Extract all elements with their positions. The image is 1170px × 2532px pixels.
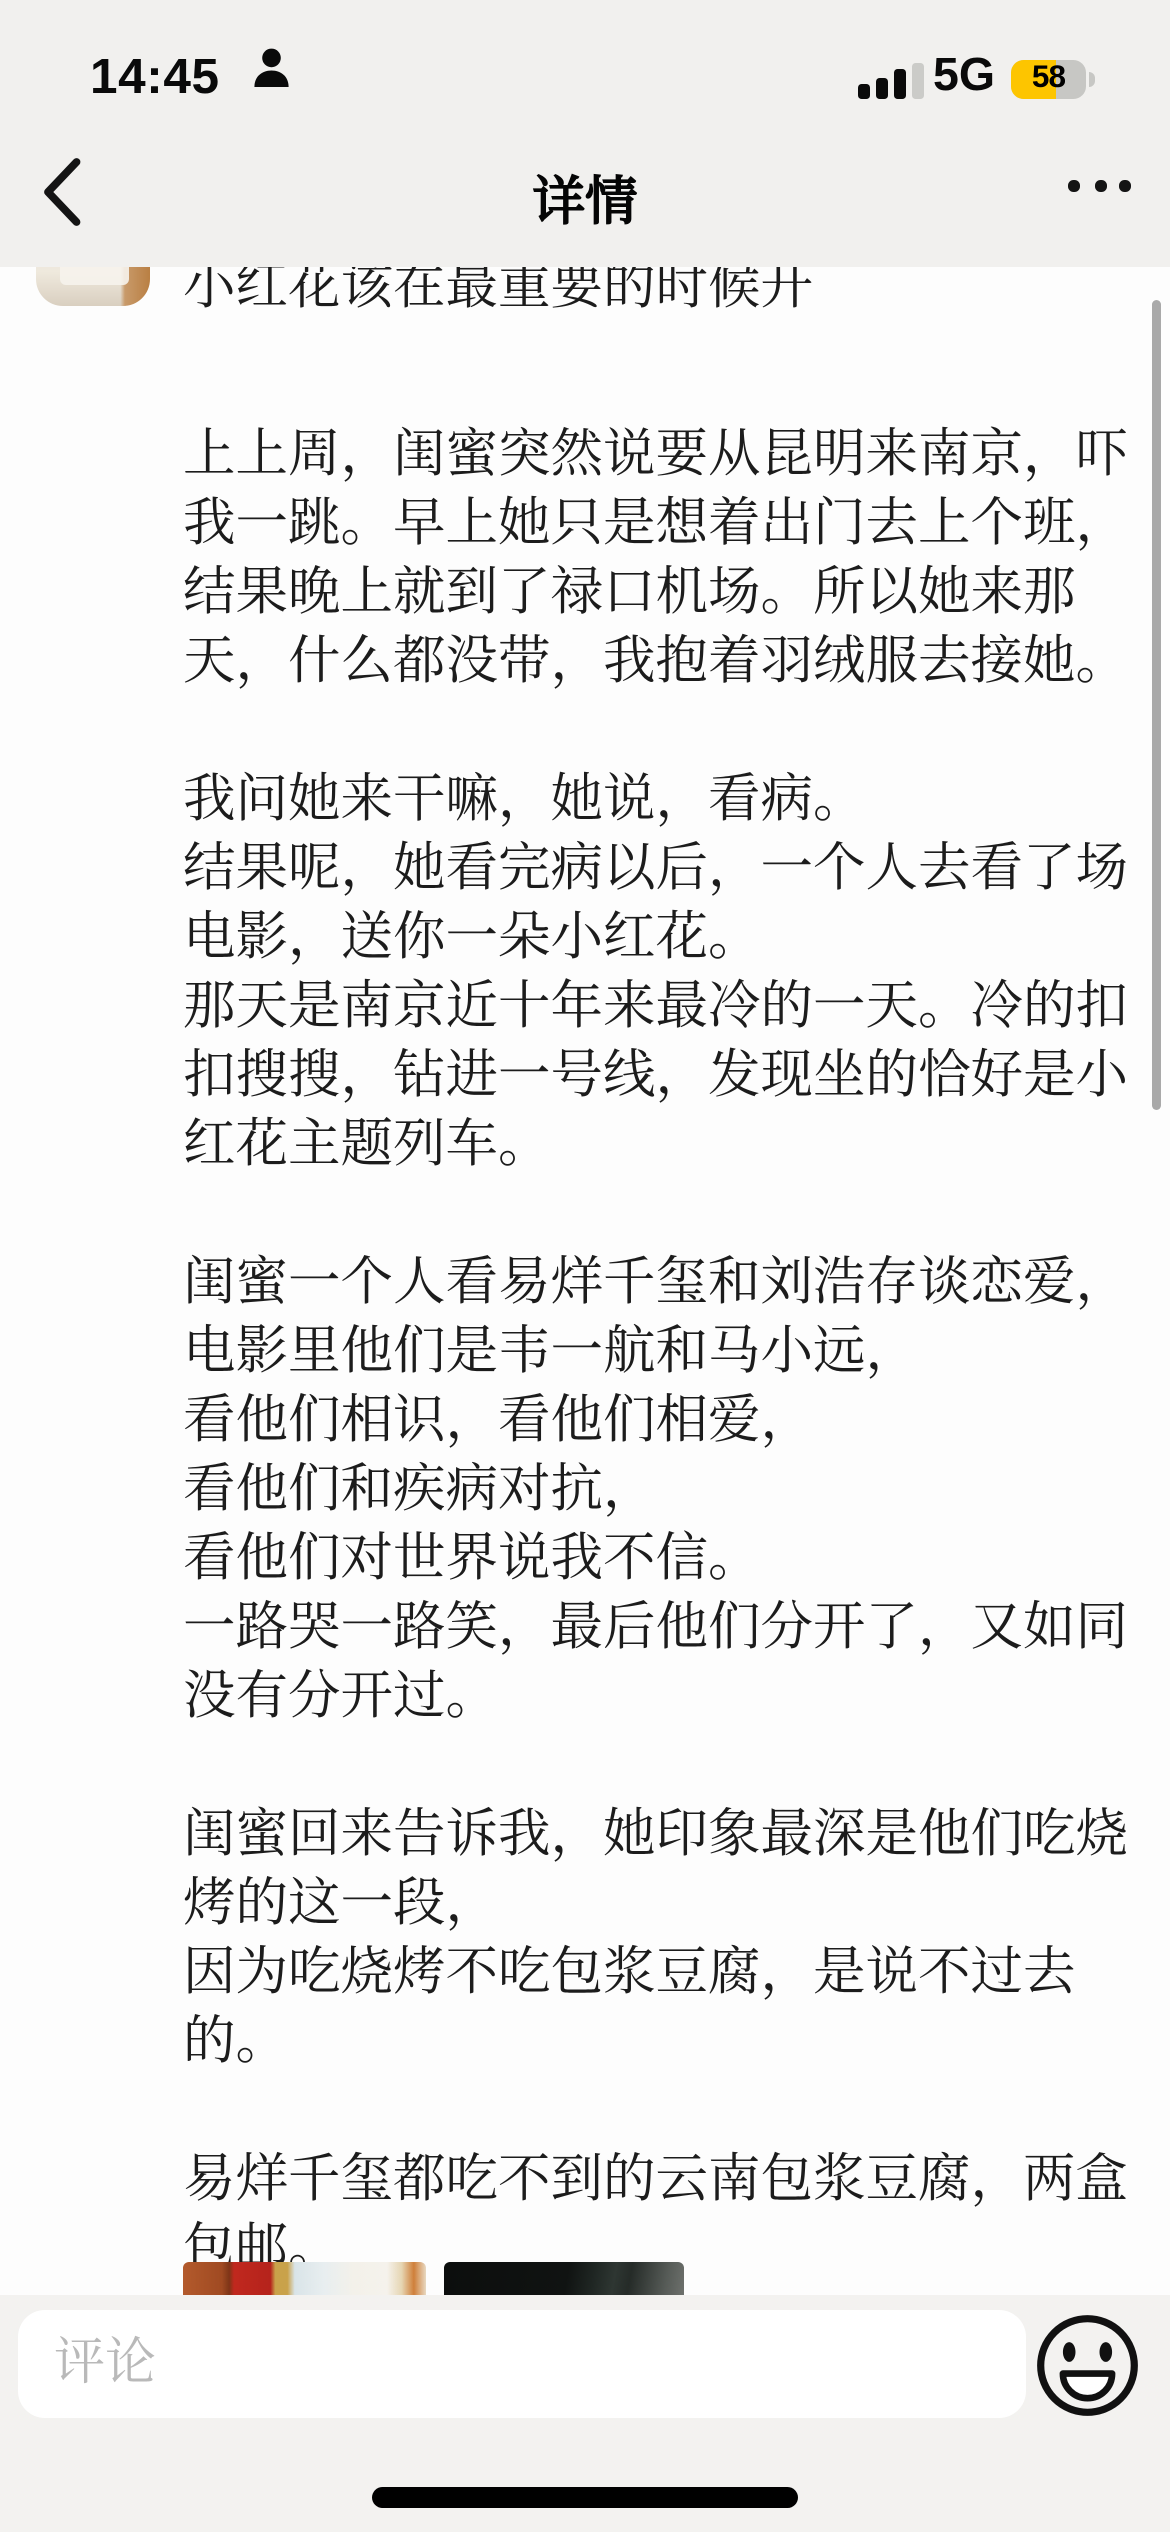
signal-bar (876, 77, 889, 100)
signal-bar (858, 84, 871, 99)
battery-indicator: 58 (1011, 59, 1086, 100)
battery-percent-label: 58 (1011, 59, 1086, 100)
person-icon (252, 48, 291, 87)
content-area: 小红花该在最重要的时候开 上上周，闺蜜突然说要从昆明来南京，吓 我一跳。早上她只… (0, 0, 1170, 2532)
ellipsis-icon (1120, 180, 1131, 191)
comment-input[interactable] (18, 2310, 1026, 2417)
ellipsis-icon (1094, 180, 1105, 191)
cellular-signal-icon (858, 62, 923, 100)
emoji-button[interactable] (1032, 2310, 1143, 2421)
network-type-label: 5G (933, 50, 995, 104)
battery-cap (1089, 72, 1096, 87)
home-indicator[interactable] (372, 2487, 798, 2507)
scrollbar[interactable] (1152, 300, 1161, 1110)
signal-bar (911, 62, 924, 100)
more-button[interactable] (1059, 156, 1131, 216)
top-bar: 14:45 5G 58 详情 (0, 0, 1170, 267)
phone-screen: 小红花该在最重要的时候开 上上周，闺蜜突然说要从昆明来南京，吓 我一跳。早上她只… (0, 0, 1170, 2532)
ellipsis-icon (1069, 180, 1080, 191)
signal-bar (893, 69, 906, 99)
smiley-icon (1032, 2310, 1143, 2421)
post-body: 上上周，闺蜜突然说要从昆明来南京，吓 我一跳。早上她只是想着出门去上个班， 结果… (183, 420, 1170, 2283)
status-time-label: 14:45 (90, 51, 220, 108)
page-title: 详情 (0, 162, 1170, 237)
